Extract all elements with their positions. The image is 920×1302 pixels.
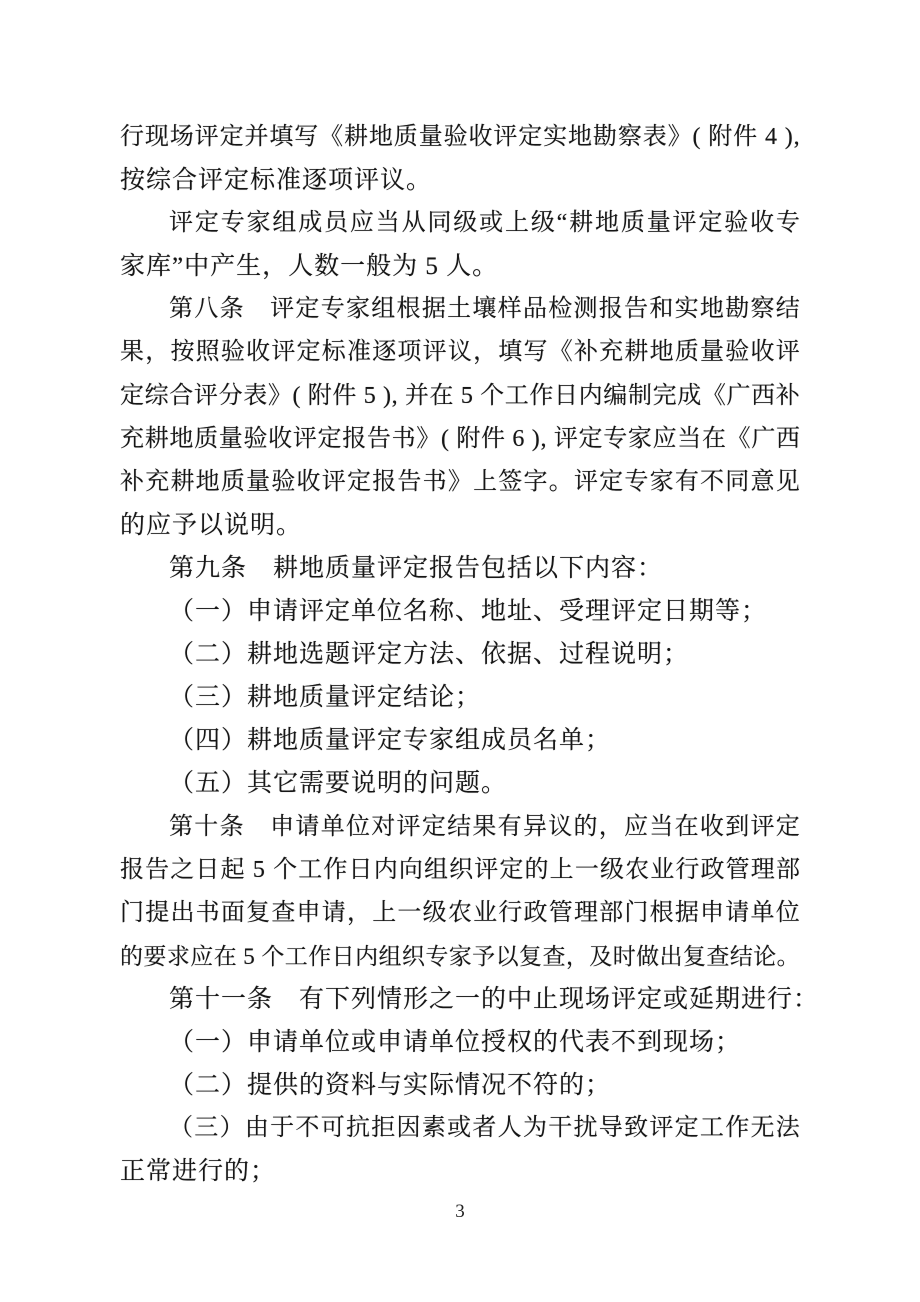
text-line: （三）耕地质量评定结论；: [120, 676, 800, 719]
text-line: 第八条 评定专家组根据土壤样品检测报告和实地勘察结: [120, 288, 800, 331]
text-line: 充耕地质量验收评定报告书》( 附件 6 ), 评定专家应当在《广西: [120, 418, 800, 461]
text-line: 第十条 申请单位对评定结果有异议的，应当在收到评定: [120, 806, 800, 849]
text-line: （二）提供的资料与实际情况不符的；: [120, 1064, 800, 1107]
text-line: （五）其它需要说明的问题。: [120, 762, 800, 805]
text-line: 定综合评分表》( 附件 5 ), 并在 5 个工作日内编制完成《广西补: [120, 375, 800, 418]
text-line: （二）耕地选题评定方法、依据、过程说明；: [120, 633, 800, 676]
text-line: （一）申请评定单位名称、地址、受理评定日期等；: [120, 590, 800, 633]
text-line: 按综合评定标准逐项评议。: [120, 159, 800, 202]
text-line: （四）耕地质量评定专家组成员名单；: [120, 719, 800, 762]
text-line: 的要求应在 5 个工作日内组织专家予以复查，及时做出复查结论。: [120, 935, 800, 978]
text-line: 家库”中产生，人数一般为 5 人。: [120, 245, 800, 288]
text-line: 门提出书面复查申请，上一级农业行政管理部门根据申请单位: [120, 892, 800, 935]
text-line: 行现场评定并填写《耕地质量验收评定实地勘察表》( 附件 4 ),: [120, 116, 800, 159]
document-text-block: 行现场评定并填写《耕地质量验收评定实地勘察表》( 附件 4 ), 按综合评定标准…: [120, 116, 800, 1193]
text-line: 第十一条 有下列情形之一的中止现场评定或延期进行：: [120, 978, 800, 1021]
text-line: 第九条 耕地质量评定报告包括以下内容：: [120, 547, 800, 590]
text-line: 果，按照验收评定标准逐项评议，填写《补充耕地质量验收评: [120, 331, 800, 374]
text-line: 报告之日起 5 个工作日内向组织评定的上一级农业行政管理部: [120, 849, 800, 892]
text-line: 正常进行的；: [120, 1150, 800, 1193]
text-line: 评定专家组成员应当从同级或上级“耕地质量评定验收专: [120, 202, 800, 245]
text-line: 补充耕地质量验收评定报告书》上签字。评定专家有不同意见: [120, 461, 800, 504]
text-line: （一）申请单位或申请单位授权的代表不到现场；: [120, 1021, 800, 1064]
page-number: 3: [0, 1201, 920, 1223]
text-line: 的应予以说明。: [120, 504, 800, 547]
text-line: （三）由于不可抗拒因素或者人为干扰导致评定工作无法: [120, 1107, 800, 1150]
